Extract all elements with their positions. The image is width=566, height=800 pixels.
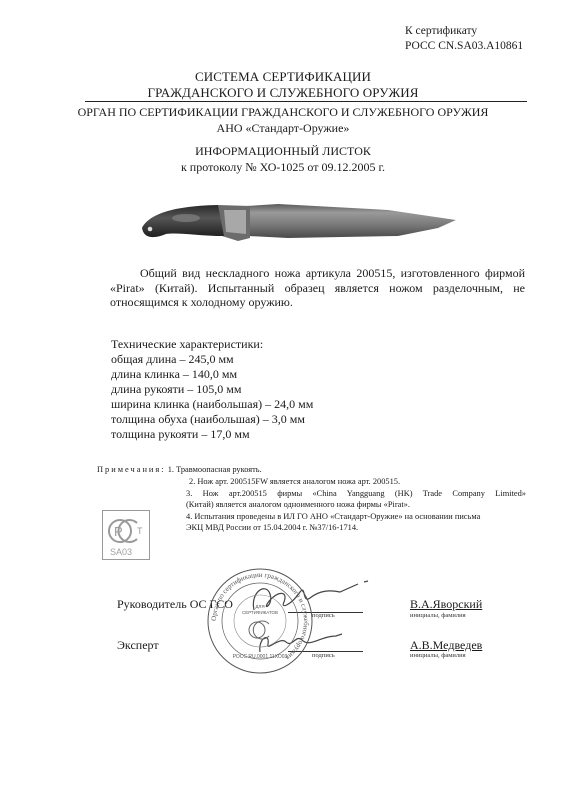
knife-description: Общий вид нескладного ножа артикула 2005… <box>110 266 525 310</box>
header-divider <box>85 101 527 102</box>
stamp-center-line1: ДЛЯ <box>255 604 264 609</box>
svg-text:T: T <box>137 526 143 536</box>
notes-section: Примечания: 1. Травмоопасная рукоять. 2.… <box>97 464 527 544</box>
note-item: 1. Травмоопасная рукоять. <box>168 465 262 474</box>
certification-system-heading: СИСТЕМА СЕРТИФИКАЦИИ ГРАЖДАНСКОГО И СЛУЖ… <box>0 69 566 101</box>
svg-text:Орган по сертификации гражданс: Орган по сертификации гражданского и слу… <box>210 571 310 662</box>
spec-item: длина рукояти – 105,0 мм <box>111 382 313 397</box>
spec-item: толщина обуха (наибольшая) – 3,0 мм <box>111 412 313 427</box>
name-caption: инициалы, фамилия <box>410 652 466 659</box>
stamp-registration: РОСС RU.0001.11ХО03 <box>233 654 288 660</box>
stamp-ring-text: Орган по сертификации гражданского и слу… <box>210 571 310 662</box>
certification-mark: P T SA03 <box>102 510 150 560</box>
technical-specs: Технические характеристики: общая длина … <box>111 337 313 442</box>
spec-item: общая длина – 245,0 мм <box>111 352 313 367</box>
organization-stamp: Орган по сертификации гражданского и слу… <box>205 566 315 676</box>
description-text: Общий вид нескладного ножа артикула 2005… <box>110 266 525 310</box>
certification-body-heading: ОРГАН ПО СЕРТИФИКАЦИИ ГРАЖДАНСКОГО И СЛУ… <box>0 104 566 136</box>
signer-name: А.В.Медведев <box>410 638 482 653</box>
note-item: (Китай) является аналогом одноименного н… <box>186 499 410 510</box>
svg-text:P: P <box>114 524 123 539</box>
organ-line-2: АНО «Стандарт-Оружие» <box>0 120 566 136</box>
spec-item: длина клинка – 140,0 мм <box>111 367 313 382</box>
note-item: 2. Нож арт. 200515FW является аналогом н… <box>189 476 400 487</box>
stamp-center-line2: СЕРТИФИКАТОВ <box>242 610 278 615</box>
specs-heading: Технические характеристики: <box>111 337 313 352</box>
mark-code: SA03 <box>110 547 132 557</box>
certificate-reference: К сертификату РОСС CN.SA03.A10861 <box>405 24 523 54</box>
document-title: ИНФОРМАЦИОННЫЙ ЛИСТОК <box>0 143 566 159</box>
certificate-reference-label: К сертификату <box>405 24 523 39</box>
organ-line-1: ОРГАН ПО СЕРТИФИКАЦИИ ГРАЖДАНСКОГО И СЛУ… <box>0 104 566 120</box>
note-item: ЭКЦ МВД России от 15.04.2004 г. №37/16-1… <box>186 522 358 533</box>
protocol-reference: к протоколу № ХО-1025 от 09.12.2005 г. <box>0 159 566 175</box>
notes-label: Примечания: <box>97 465 166 474</box>
note-item: 3. Нож арт.200515 фирмы «China Yangguang… <box>186 488 526 499</box>
document-title-block: ИНФОРМАЦИОННЫЙ ЛИСТОК к протоколу № ХО-1… <box>0 143 566 175</box>
system-line-1: СИСТЕМА СЕРТИФИКАЦИИ <box>0 69 566 85</box>
spec-item: ширина клинка (наибольшая) – 24,0 мм <box>111 397 313 412</box>
signer-name: В.А.Яворский <box>410 597 482 612</box>
knife-photo <box>138 196 460 244</box>
name-caption: инициалы, фамилия <box>410 612 466 619</box>
certificate-number: РОСС CN.SA03.A10861 <box>405 39 523 54</box>
system-line-2: ГРАЖДАНСКОГО И СЛУЖЕБНОГО ОРУЖИЯ <box>0 85 566 101</box>
pct-mark-icon: P T SA03 <box>103 511 149 559</box>
note-item: 4. Испытания проведены в ИЛ ГО АНО «Стан… <box>186 511 480 522</box>
spec-item: толщина рукояти – 17,0 мм <box>111 427 313 442</box>
signature-role-expert: Эксперт <box>117 638 159 653</box>
